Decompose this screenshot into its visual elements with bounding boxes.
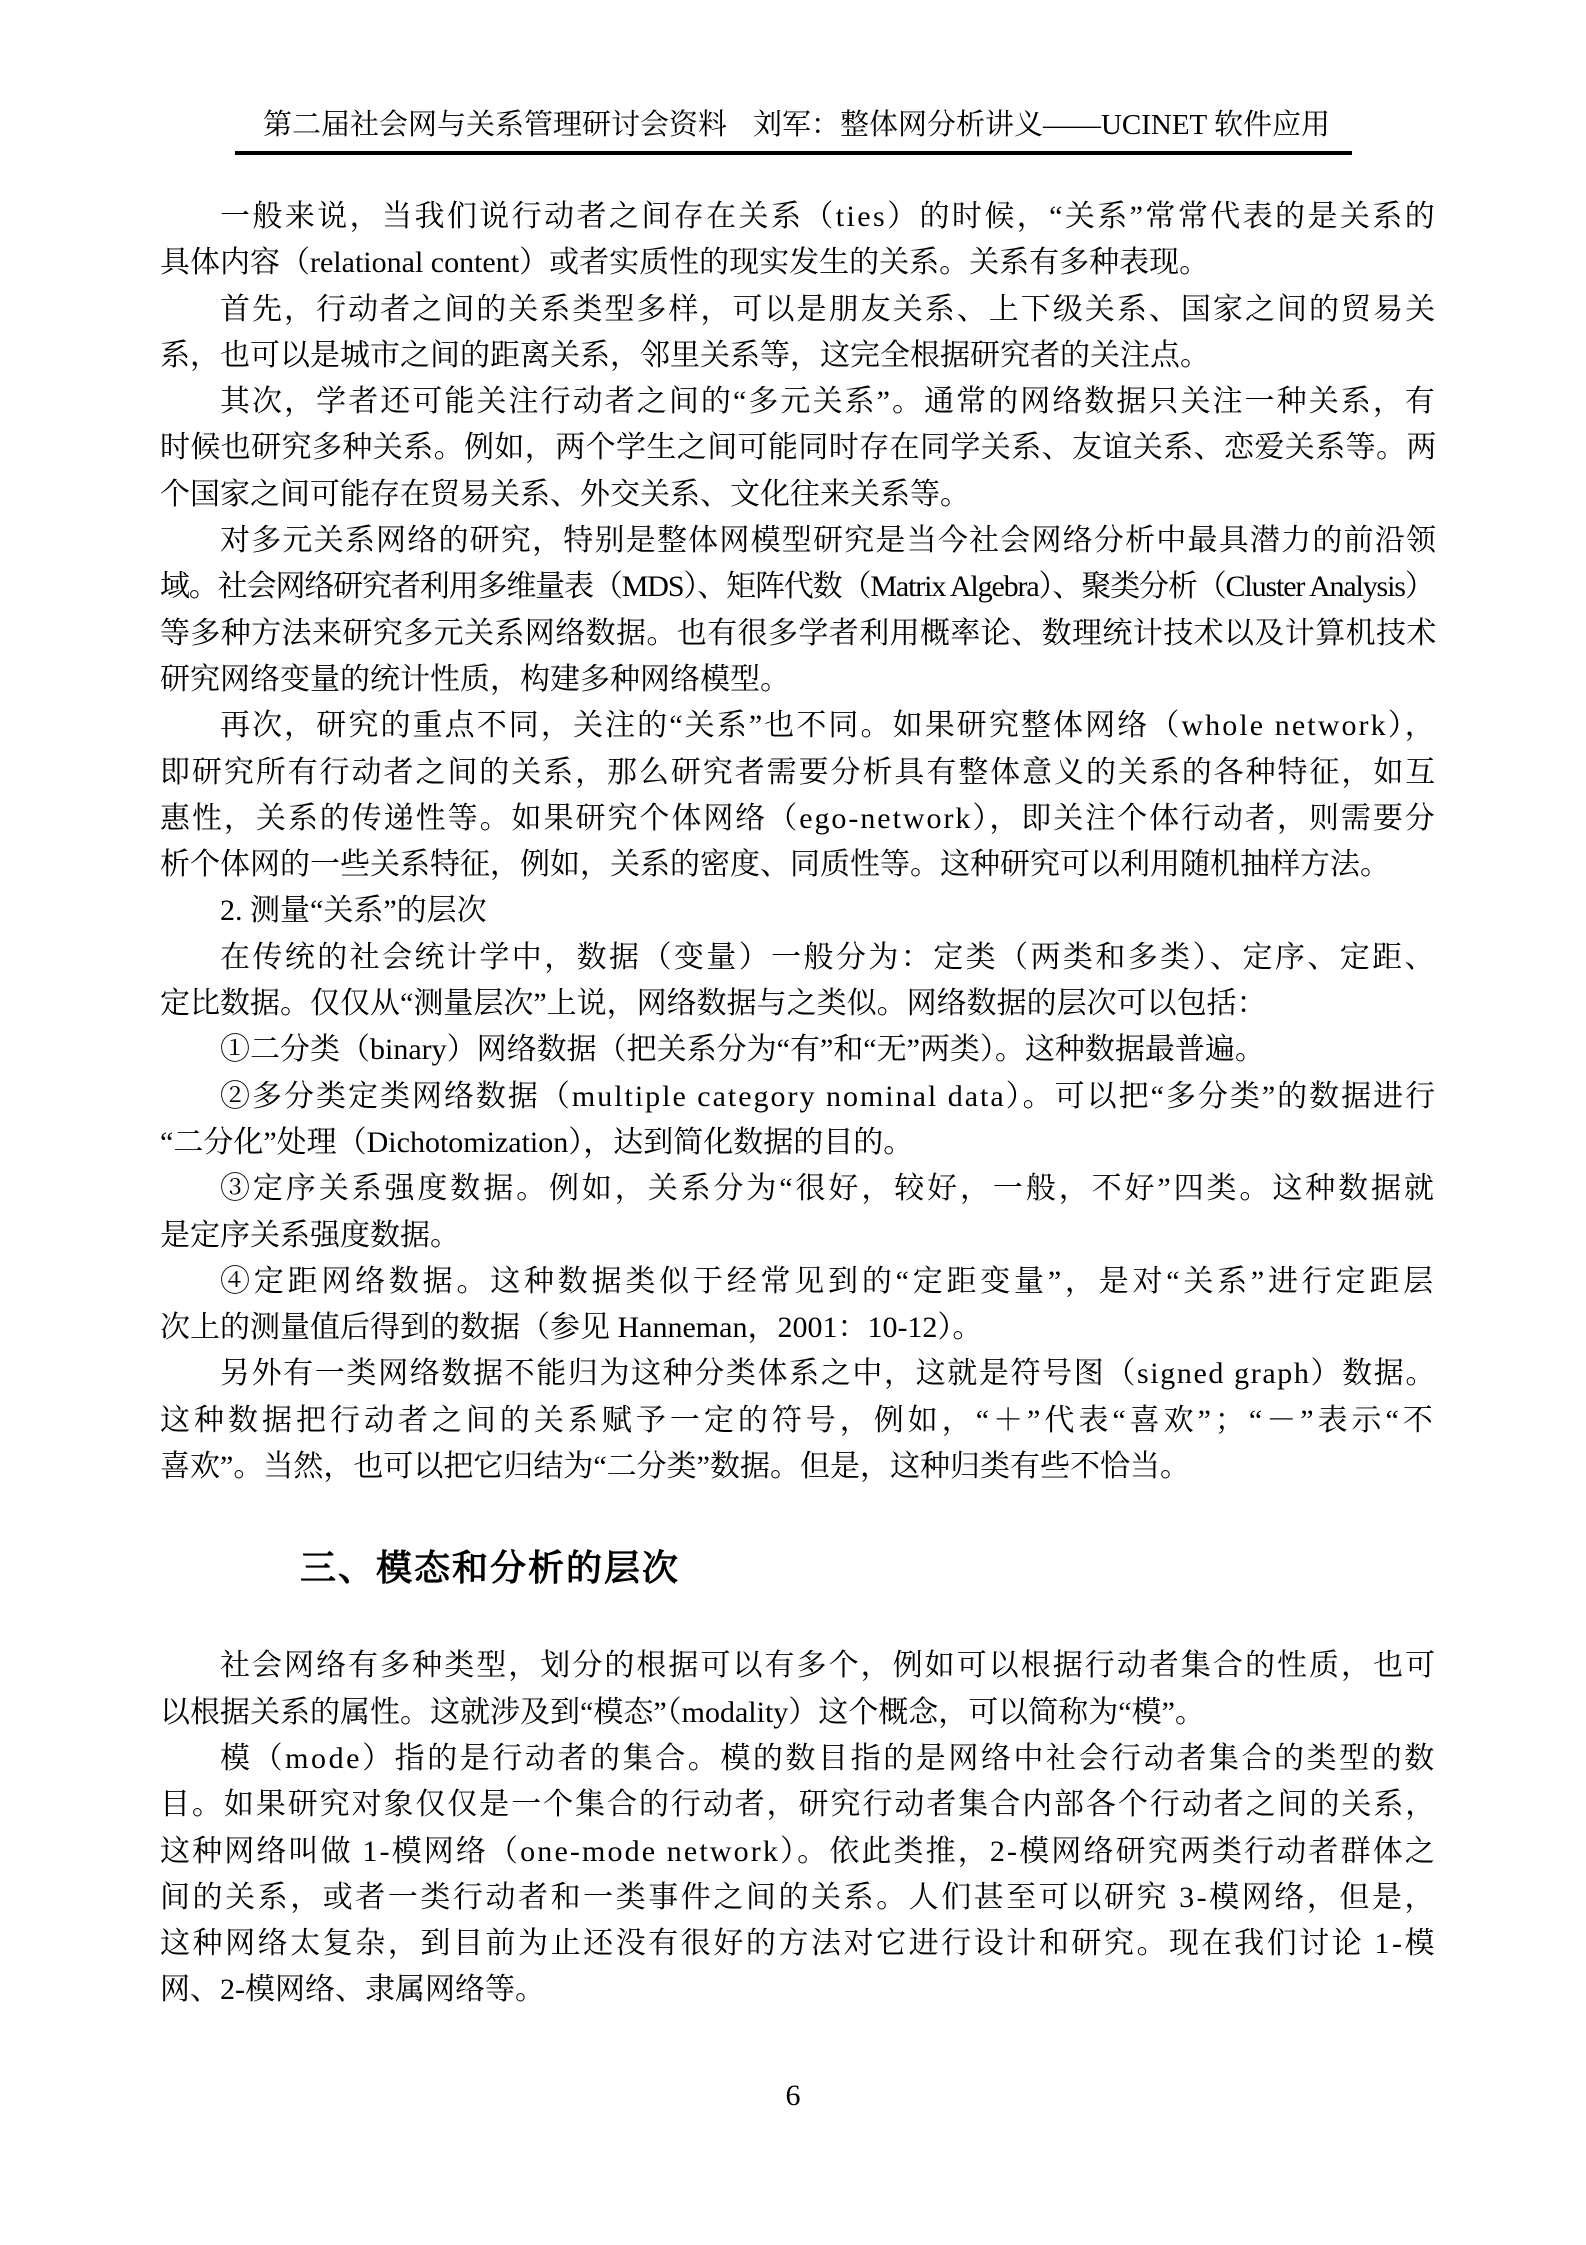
- text-line: 网、2-模网络、隶属网络等。: [160, 1967, 1437, 2013]
- text-line: 间的关系，或者一类行动者和一类事件之间的关系。人们甚至可以研究 3-模网络，但是…: [160, 1875, 1437, 1921]
- text-line: 定比数据。仅仅从“测量层次”上说，网络数据与之类似。网络数据的层次可以包括：: [160, 981, 1437, 1027]
- text-line: 次上的测量值后得到的数据（参见 Hanneman，2001：10-12）。: [160, 1305, 1437, 1351]
- document-body: 一般来说，当我们说行动者之间存在关系（ties）的时候，“关系”常常代表的是关系…: [160, 194, 1437, 2014]
- text-line: 等多种方法来研究多元关系网络数据。也有很多学者利用概率论、数理统计技术以及计算机…: [160, 611, 1437, 657]
- text-line: 首先，行动者之间的关系类型多样，可以是朋友关系、上下级关系、国家之间的贸易关: [160, 287, 1437, 333]
- text-line: 在传统的社会统计学中，数据（变量）一般分为：定类（两类和多类）、定序、定距、: [160, 935, 1437, 981]
- section-heading: 三、模态和分析的层次: [160, 1540, 1437, 1596]
- header-lecture-title-text: 刘军：整体网分析讲义——UCINET 软件应用: [753, 107, 1330, 143]
- text-line: “二分化”处理（Dichotomization），达到简化数据的目的。: [160, 1120, 1437, 1166]
- text-line: 惠性，关系的传递性等。如果研究个体网络（ego-network），即关注个体行动…: [160, 796, 1437, 842]
- text-line: 这种网络叫做 1-模网络（one-mode network）。依此类推，2-模网…: [160, 1829, 1437, 1875]
- text-line: 模（mode）指的是行动者的集合。模的数目指的是网络中社会行动者集合的类型的数: [160, 1736, 1437, 1782]
- page-number: 6: [786, 2079, 801, 2112]
- text-line: 系，也可以是城市之间的距离关系，邻里关系等，这完全根据研究者的关注点。: [160, 333, 1437, 379]
- text-line: 这种网络太复杂，到目前为止还没有很好的方法对它进行设计和研究。现在我们讨论 1-…: [160, 1921, 1437, 1967]
- text-line: 目。如果研究对象仅仅是一个集合的行动者，研究行动者集合内部各个行动者之间的关系，: [160, 1782, 1437, 1828]
- page-header: 第二届社会网与关系管理研讨会资料 刘军：整体网分析讲义——UCINET 软件应用: [235, 107, 1352, 143]
- text-line: 对多元关系网络的研究，特别是整体网模型研究是当今社会网络分析中最具潜力的前沿领: [160, 518, 1437, 564]
- text-line: 喜欢”。当然，也可以把它归结为“二分类”数据。但是，这种归类有些不恰当。: [160, 1444, 1437, 1490]
- text-line: 是定序关系强度数据。: [160, 1213, 1437, 1259]
- text-line: ③定序关系强度数据。例如，关系分为“很好，较好，一般，不好”四类。这种数据就: [160, 1166, 1437, 1212]
- text-line: 时候也研究多种关系。例如，两个学生之间可能同时存在同学关系、友谊关系、恋爱关系等…: [160, 425, 1437, 471]
- header-rule: [235, 151, 1352, 155]
- text-line: 其次，学者还可能关注行动者之间的“多元关系”。通常的网络数据只关注一种关系，有: [160, 379, 1437, 425]
- text-line: 具体内容（relational content）或者实质性的现实发生的关系。关系…: [160, 240, 1437, 286]
- text-line: 一般来说，当我们说行动者之间存在关系（ties）的时候，“关系”常常代表的是关系…: [160, 194, 1437, 240]
- text-line: 另外有一类网络数据不能归为这种分类体系之中，这就是符号图（signed grap…: [160, 1351, 1437, 1397]
- document-page: { "document": { "header": { "conference"…: [0, 0, 1586, 2245]
- text-line: ④定距网络数据。这种数据类似于经常见到的“定距变量”，是对“关系”进行定距层: [160, 1259, 1437, 1305]
- text-line: 这种数据把行动者之间的关系赋予一定的符号，例如，“＋”代表“喜欢”；“－”表示“…: [160, 1398, 1437, 1444]
- text-line: 社会网络有多种类型，划分的根据可以有多个，例如可以根据行动者集合的性质，也可: [160, 1643, 1437, 1689]
- page-footer: 6: [0, 2078, 1586, 2114]
- text-line: 个国家之间可能存在贸易关系、外交关系、文化往来关系等。: [160, 472, 1437, 518]
- text-line: 研究网络变量的统计性质，构建多种网络模型。: [160, 657, 1437, 703]
- text-line: ①二分类（binary）网络数据（把关系分为“有”和“无”两类）。这种数据最普遍…: [160, 1027, 1437, 1073]
- text-line: 以根据关系的属性。这就涉及到“模态”（modality）这个概念，可以简称为“模…: [160, 1690, 1437, 1736]
- text-line: ②多分类定类网络数据（multiple category nominal dat…: [160, 1074, 1437, 1120]
- text-line: 域。社会网络研究者利用多维量表（MDS）、矩阵代数（Matrix Algebra…: [160, 564, 1437, 610]
- text-line: 即研究所有行动者之间的关系，那么研究者需要分析具有整体意义的关系的各种特征，如互: [160, 750, 1437, 796]
- header-conference-text: 第二届社会网与关系管理研讨会资料: [263, 107, 727, 143]
- text-line: 析个体网的一些关系特征，例如，关系的密度、同质性等。这种研究可以利用随机抽样方法…: [160, 842, 1437, 888]
- text-line: 2. 测量“关系”的层次: [160, 888, 1437, 934]
- text-line: 再次，研究的重点不同，关注的“关系”也不同。如果研究整体网络（whole net…: [160, 703, 1437, 749]
